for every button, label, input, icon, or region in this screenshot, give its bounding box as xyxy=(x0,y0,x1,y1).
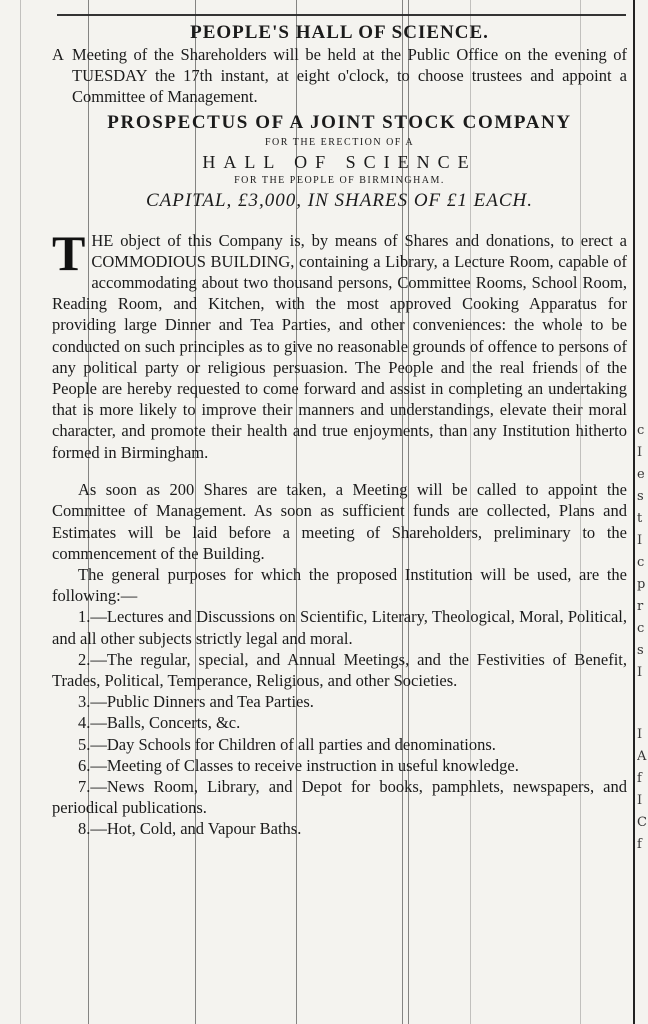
purposes-list: 1.—Lectures and Discussions on Scientifi… xyxy=(52,606,627,839)
prospectus-body: THE object of this Company is, by means … xyxy=(52,230,627,840)
list-item: 4.—Balls, Concerts, &c. xyxy=(52,712,627,733)
hall-of-science-heading: HALL OF SCIENCE xyxy=(52,151,627,173)
fragment-char: I xyxy=(637,724,648,746)
fragment-char: A xyxy=(637,746,648,768)
list-item: 8.—Hot, Cold, and Vapour Baths. xyxy=(52,818,627,839)
fragment-char: c xyxy=(637,420,648,442)
birmingham-subtitle: FOR THE PEOPLE OF BIRMINGHAM. xyxy=(52,173,627,189)
capital-line: CAPITAL, £3,000, IN SHARES OF £1 EACH. xyxy=(52,189,627,213)
fragment-char: f xyxy=(637,768,648,790)
drop-cap: T xyxy=(52,233,85,273)
adjacent-column-fragment: c I e s t I c p r c s I I A f I C f xyxy=(637,0,648,1024)
list-item: 3.—Public Dinners and Tea Parties. xyxy=(52,691,627,712)
list-item: 1.—Lectures and Discussions on Scientifi… xyxy=(52,606,627,648)
shares-paragraph: As soon as 200 Shares are taken, a Meeti… xyxy=(52,479,627,564)
fragment-char: p xyxy=(637,574,648,596)
notice-lead-letter: A xyxy=(52,44,64,65)
fragment-char: f xyxy=(637,834,648,856)
notice-text: Meeting of the Shareholders will be held… xyxy=(72,45,627,106)
fragment-char: I xyxy=(637,530,648,552)
list-item: 7.—News Room, Library, and Depot for boo… xyxy=(52,776,627,818)
object-paragraph-text: HE object of this Company is, by means o… xyxy=(52,231,627,462)
top-rule xyxy=(57,14,626,16)
purposes-intro: The general purposes for which the propo… xyxy=(52,564,627,606)
fragment-char: I xyxy=(637,442,648,464)
fragment-char: I xyxy=(637,662,648,684)
fragment-char: I xyxy=(637,790,648,812)
erection-subtitle: FOR THE ERECTION OF A xyxy=(52,135,627,151)
fragment-char: t xyxy=(637,508,648,530)
list-item: 6.—Meeting of Classes to receive instruc… xyxy=(52,755,627,776)
meeting-notice: A Meeting of the Shareholders will be he… xyxy=(52,44,627,107)
prospectus-title: PROSPECTUS OF A JOINT STOCK COMPANY xyxy=(52,111,627,135)
object-paragraph: THE object of this Company is, by means … xyxy=(52,230,627,463)
fragment-char: e xyxy=(637,464,648,486)
newspaper-scan: c I e s t I c p r c s I I A f I C f PEOP… xyxy=(0,0,648,1024)
scan-crease xyxy=(20,0,21,1024)
fragment-char: s xyxy=(637,486,648,508)
fragment-char: c xyxy=(637,552,648,574)
page-title: PEOPLE'S HALL OF SCIENCE. xyxy=(52,22,627,44)
fragment-char: s xyxy=(637,640,648,662)
column-rule xyxy=(633,0,635,1024)
fragment-char: C xyxy=(637,812,648,834)
fragment-char: r xyxy=(637,596,648,618)
article-column: PEOPLE'S HALL OF SCIENCE. A Meeting of t… xyxy=(52,22,627,840)
fragment-char: c xyxy=(637,618,648,640)
list-item: 2.—The regular, special, and Annual Meet… xyxy=(52,649,627,691)
list-item: 5.—Day Schools for Children of all parti… xyxy=(52,734,627,755)
